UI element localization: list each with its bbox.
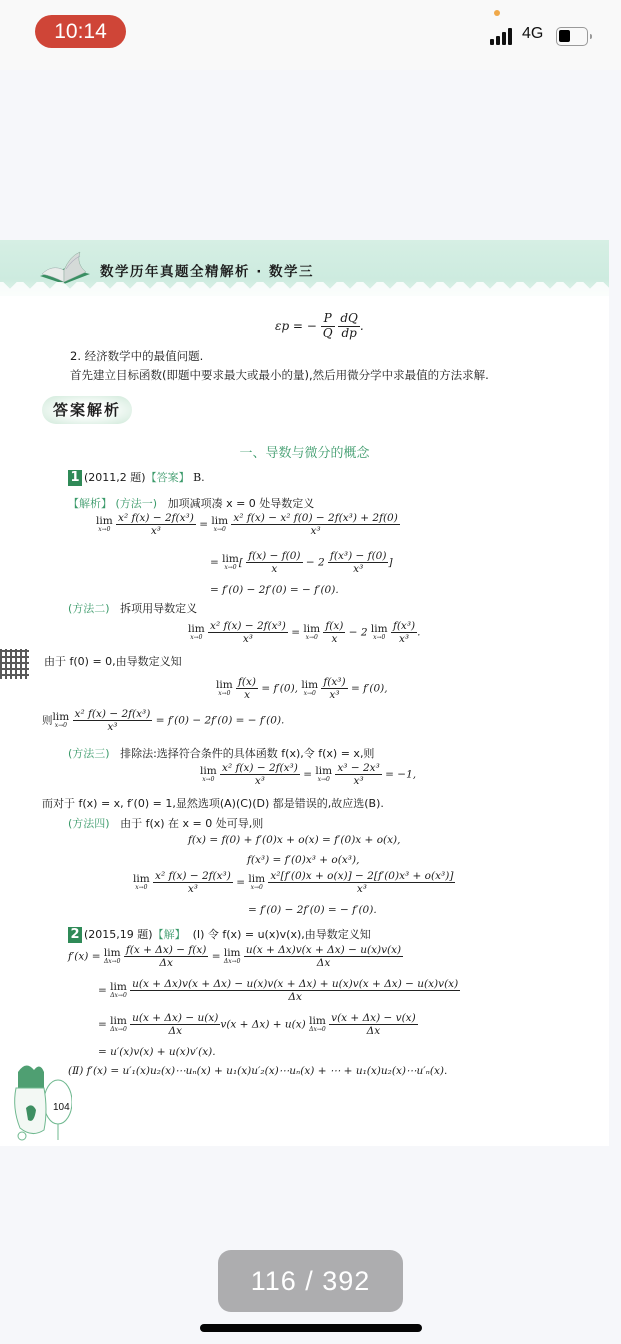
battery-icon bbox=[556, 27, 588, 46]
document-page[interactable]: 数学历年真题全精解析 · 数学三 εp = − PQ dQdp. 2. 经济数学… bbox=[0, 240, 609, 1146]
item2-body: 首先建立目标函数(即题中要求最大或最小的量),然后用微分学中求最值的方法求解. bbox=[70, 367, 489, 383]
method3-conclusion: 而对于 f(x) = x, f′(0) = 1,显然选项(A)(C)(D) 都是… bbox=[42, 795, 384, 811]
method4-equation-2: f(x³) = f′(0)x³ + o(x³), bbox=[247, 854, 359, 866]
elasticity-formula: εp = − PQ dQdp. bbox=[275, 312, 364, 341]
method4-equation-3: limx→0 x² f(x) − 2f(x³)x³ = limx→0 x²[f′… bbox=[133, 870, 455, 895]
method3-line: (方法三) 排除法:选择符合条件的具体函数 f(x),令 f(x) = x,则 bbox=[68, 745, 374, 761]
q2-equation-2: = limΔx→0 u(x + Δx)v(x + Δx) − u(x)v(x +… bbox=[98, 978, 460, 1003]
method1-line: 【解析】 (方法一) 加项减项凑 x = 0 处导数定义 bbox=[68, 495, 314, 511]
question-number-badge: 1 bbox=[68, 470, 82, 486]
header-zigzag-decoration bbox=[0, 282, 609, 296]
method2-since-line: 由于 f(0) = 0,由导数定义知 bbox=[44, 653, 182, 669]
method3-equation: limx→0 x² f(x) − 2f(x³)x³ = limx→0 x³ − … bbox=[200, 762, 416, 787]
question-number-badge: 2 bbox=[68, 927, 82, 943]
method2-result: 则limx→0 x² f(x) − 2f(x³)x³ = f′(0) − 2f′… bbox=[42, 708, 284, 733]
method2-equation-1: limx→0 x² f(x) − 2f(x³)x³ = limx→0 f(x)x… bbox=[188, 620, 421, 645]
method4-line: (方法四) 由于 f(x) 在 x = 0 处可导,则 bbox=[68, 815, 263, 831]
q1-header: 1(2011,2 题)【答案】 B. bbox=[68, 469, 205, 486]
book-title: 数学历年真题全精解析 · 数学三 bbox=[100, 260, 314, 280]
page-number: 104 bbox=[53, 1102, 70, 1113]
q2-equation-4: = u′(x)v(x) + u(x)v′(x). bbox=[98, 1046, 216, 1058]
page-header-band: 数学历年真题全精解析 · 数学三 bbox=[0, 240, 609, 296]
section-title: 一、导数与微分的概念 bbox=[0, 442, 609, 461]
q2-header: 2(2015,19 题)【解】 (Ⅰ) 令 f(x) = u(x)v(x),由导… bbox=[68, 926, 371, 943]
q2-equation-3: = limΔx→0 u(x + Δx) − u(x)Δxv(x + Δx) + … bbox=[98, 1012, 418, 1037]
home-indicator[interactable] bbox=[200, 1324, 422, 1332]
method2-equation-2: limx→0 f(x)x = f′(0), limx→0 f(x³)x³ = f… bbox=[216, 676, 388, 701]
page-indicator[interactable]: 116 / 392 bbox=[218, 1250, 403, 1312]
item2-title: 2. 经济数学中的最值问题. bbox=[70, 348, 203, 364]
method2-line: (方法二) 拆项用导数定义 bbox=[68, 600, 197, 616]
mascot-illustration-icon bbox=[6, 1058, 72, 1142]
method1-equation-2: = limx→0[ f(x) − f(0)x − 2 f(x³) − f(0)x… bbox=[210, 550, 393, 575]
qr-code[interactable] bbox=[0, 649, 29, 679]
method1-equation-1: limx→0 x² f(x) − 2f(x³)x³ = limx→0 x² f(… bbox=[96, 512, 400, 537]
privacy-indicator-dot bbox=[494, 10, 500, 16]
method4-equation-1: f(x) = f(0) + f′(0)x + o(x) = f′(0)x + o… bbox=[188, 834, 400, 846]
status-time: 10:14 bbox=[35, 15, 126, 48]
q2-equation-1: f′(x) = limΔx→0 f(x + Δx) − f(x)Δx = lim… bbox=[68, 944, 403, 969]
answer-analysis-badge: 答案解析 bbox=[42, 396, 132, 424]
network-type: 4G bbox=[522, 25, 543, 43]
cellular-signal-icon bbox=[490, 28, 518, 45]
q2-part2: (Ⅱ) f′(x) = u′₁(x)u₂(x)⋯uₙ(x) + u₁(x)u′₂… bbox=[68, 1065, 447, 1077]
method1-equation-3: = f′(0) − 2f′(0) = − f′(0). bbox=[210, 584, 339, 596]
method4-result: = f′(0) − 2f′(0) = − f′(0). bbox=[248, 904, 377, 916]
open-book-icon bbox=[36, 250, 94, 286]
status-bar: 10:14 4G bbox=[0, 0, 621, 70]
